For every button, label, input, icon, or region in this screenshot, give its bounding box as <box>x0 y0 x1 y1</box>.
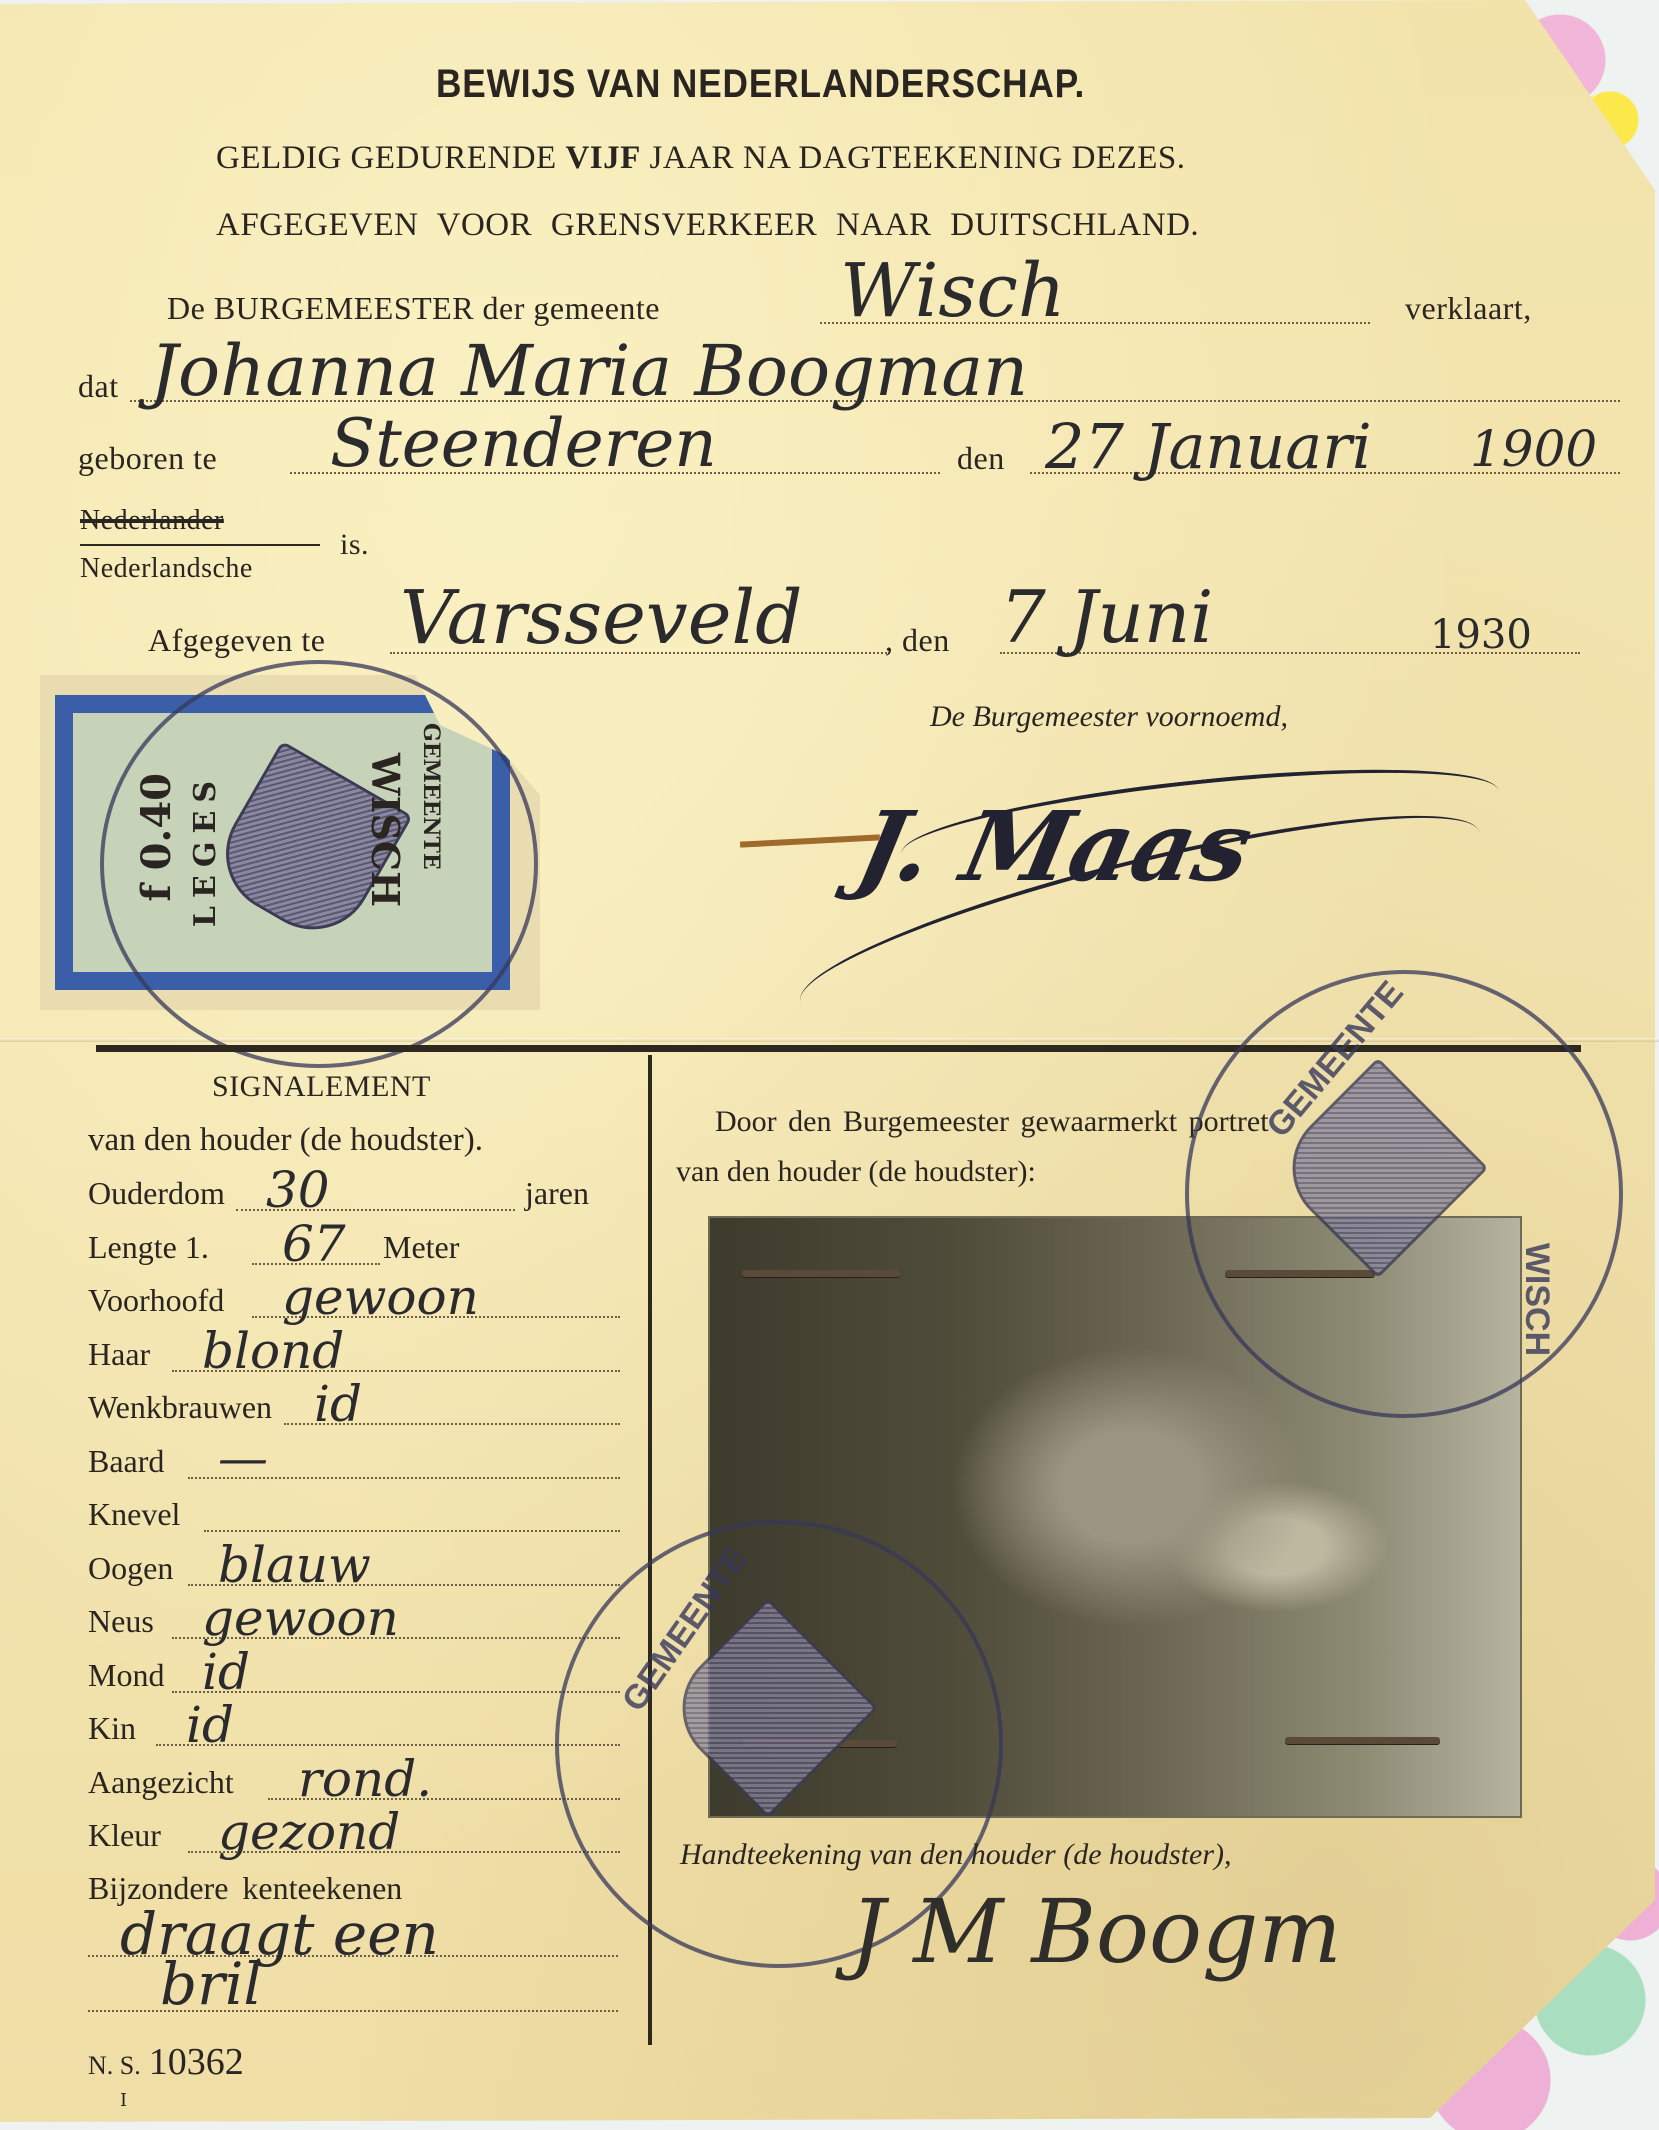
validity-suffix: JAAR NA DAGTEEKENING DEZES. <box>650 140 1186 176</box>
signalement-label: Kin <box>88 1710 136 1747</box>
holder-signature-label: Handteekening van den houder (de houdste… <box>680 1838 1232 1872</box>
issued-place: Varsseveld <box>400 575 803 661</box>
mayor-prefix: De BURGEMEESTER der gemeente <box>167 290 660 327</box>
signalement-label: Oogen <box>88 1550 173 1587</box>
birth-place: Steenderen <box>330 405 717 482</box>
serial-prefix: N. S. <box>88 2051 141 2080</box>
is-label: is. <box>340 528 369 562</box>
signalement-value: gezond <box>218 1803 400 1861</box>
document-title: BEWIJS VAN NEDERLANDERSCHAP. <box>436 62 1085 107</box>
issued-label: Afgegeven te <box>148 622 325 659</box>
signalement-suffix: Meter <box>383 1229 459 1266</box>
special-value-2: bril <box>160 1950 262 2018</box>
staple <box>1285 1737 1440 1744</box>
signalement-value: blond <box>202 1322 344 1380</box>
signalement-value: 67 <box>282 1215 346 1273</box>
issued-den-label: , den <box>885 622 950 659</box>
signalement-suffix: jaren <box>525 1175 589 1212</box>
signalement-label: Wenkbrauwen <box>88 1389 272 1426</box>
signalement-label: Voorhoofd <box>88 1282 224 1319</box>
signalement-line <box>204 1530 620 1532</box>
mayor-footer: De Burgemeester voornoemd, <box>930 700 1288 734</box>
purpose-line: AFGEGEVEN VOOR GRENSVERKEER NAAR DUITSCH… <box>216 207 1199 244</box>
signalement-label: Aangezicht <box>88 1764 234 1801</box>
den-label: den <box>957 440 1005 477</box>
signalement-label: Neus <box>88 1603 154 1640</box>
nationality-struck: Nederlander <box>80 505 224 537</box>
signalement-label: Lengte 1. <box>88 1229 209 1266</box>
staple <box>742 1270 900 1277</box>
signalement-label: Baard <box>88 1443 164 1480</box>
validity-emph: VIJF <box>565 140 640 176</box>
serial: N. S. 10362 <box>88 2040 244 2084</box>
born-label: geboren te <box>78 440 217 477</box>
signalement-value: id <box>186 1696 234 1754</box>
signalement-label: Knevel <box>88 1496 180 1533</box>
signalement-value: gewoon <box>202 1589 399 1647</box>
signalement-value: id <box>202 1643 250 1701</box>
signalement-value: 30 <box>266 1161 330 1219</box>
signalement-label: Kleur <box>88 1817 161 1854</box>
holder-name: Johanna Maria Boogman <box>150 330 1028 412</box>
nationality-divider <box>80 544 320 546</box>
birth-date: 27 Januari <box>1045 410 1372 483</box>
signalement-value: blauw <box>218 1536 371 1594</box>
signalement-value: rond. <box>298 1750 432 1808</box>
signalement-heading: SIGNALEMENT <box>212 1070 431 1104</box>
signalement-label: Haar <box>88 1336 150 1373</box>
signalement-subheading: van den houder (de houdster). <box>88 1122 483 1159</box>
signalement-value: — <box>218 1429 268 1487</box>
serial-sub: I <box>120 2090 127 2111</box>
that-label: dat <box>78 368 119 405</box>
validity-line: GELDIG GEDURENDE VIJF JAAR NA DAGTEEKENI… <box>216 140 1186 177</box>
issued-year: 1930 <box>1430 612 1532 658</box>
validity-prefix: GELDIG GEDURENDE <box>216 140 557 176</box>
municipal-seal <box>100 660 538 1068</box>
declares-label: verklaart, <box>1405 290 1532 327</box>
signalement-label: Ouderdom <box>88 1175 225 1212</box>
nationality: Nederlandsche <box>80 553 253 585</box>
serial-number: 10362 <box>149 2041 244 2083</box>
signalement-value: gewoon <box>282 1268 479 1326</box>
holder-signature: J M Boogm <box>850 1880 1342 1983</box>
signalement-value: id <box>314 1375 362 1433</box>
signalement-label: Mond <box>88 1657 164 1694</box>
portrait-caption-1: Door den Burgemeester gewaarmerkt portre… <box>715 1105 1269 1139</box>
birth-year: 1900 <box>1470 420 1597 478</box>
portrait-caption-2: van den houder (de houdster): <box>676 1155 1036 1189</box>
municipality-value: Wisch <box>840 248 1066 334</box>
issued-date: 7 Juni <box>1000 575 1213 659</box>
seal-text: WISCH <box>1517 1243 1556 1356</box>
